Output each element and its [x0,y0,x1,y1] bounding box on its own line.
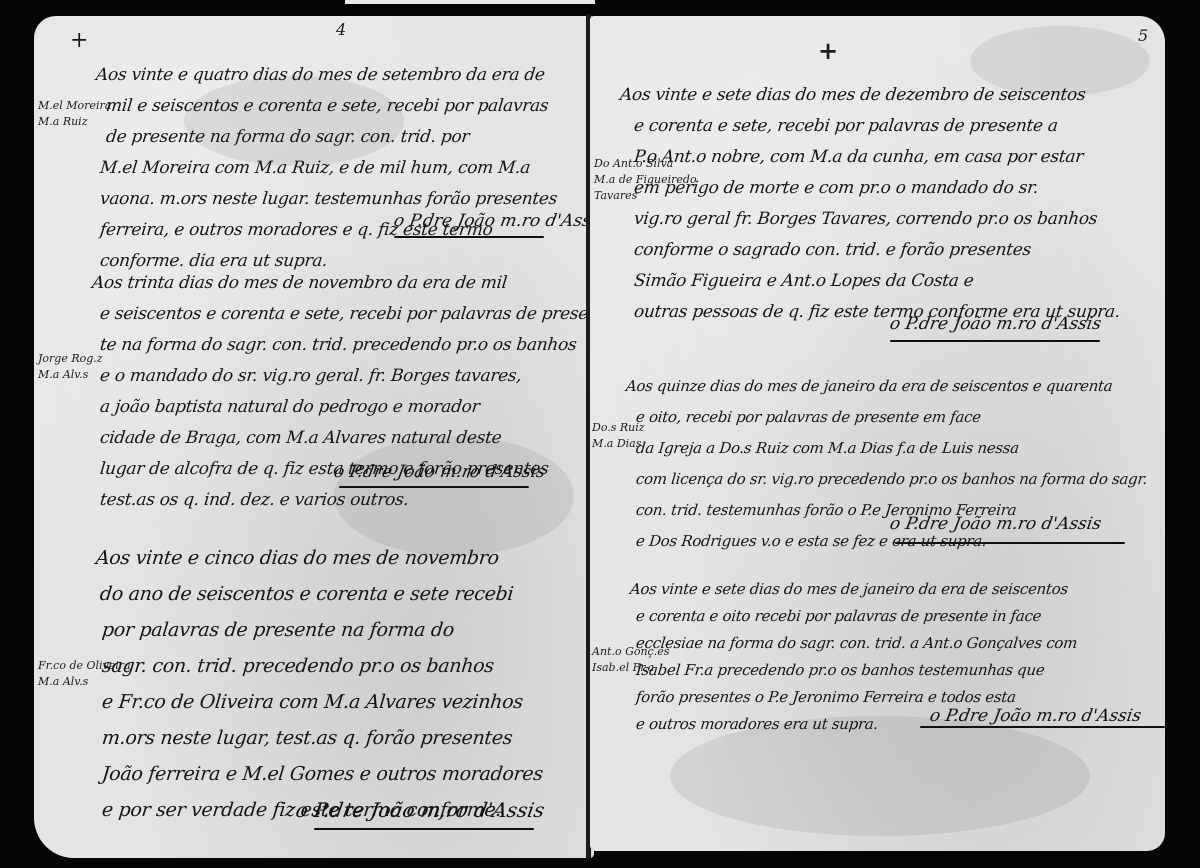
signature-flourish [339,486,529,488]
text-line: m.ors neste lugar, test.as q. forão pres… [94,720,545,756]
register-entry: Aos vinte e sete dias do mes de dezembro… [620,80,1120,328]
folio-mark: + [70,28,88,53]
text-line: do ano de seiscentos e corenta e sete re… [94,576,545,612]
text-line: te na forma do sagr. con. trid. preceden… [90,330,594,361]
signature-flourish [920,726,1165,728]
text-line: e Fr.co de Oliveira com M.a Alvares vezi… [94,684,545,720]
text-line: em perigo de morte e com pr.o o mandado … [618,173,1121,204]
signature-flourish [314,828,534,830]
priest-signature: o P.dre João m.ro d'Assis [392,211,594,231]
top-mark: 4 [336,20,346,39]
text-line: com licença do sr. vig.ro precedendo pr.… [624,464,1148,495]
text-line: conforme o sagrado con. trid. e forão pr… [618,235,1121,266]
right-page: 5 + Do Ant.o Silva M.a de Figueiredo Tav… [590,16,1165,851]
text-line: ecclesiae na forma do sagr. con. trid. a… [629,630,1079,657]
priest-signature: o P.dre João m.ro d'Assis [888,314,1103,334]
priest-signature: o P.dre João m.ro d'Assis [294,798,547,822]
priest-signature: o P.dre João m.ro d'Assis [928,706,1143,726]
text-line: Isabel Fr.a precedendo pr.o os banhos te… [629,657,1079,684]
text-line: Aos vinte e quatro dias do mes de setemb… [94,60,558,91]
text-line: M.el Moreira com M.a Ruiz, e de mil hum,… [94,153,558,184]
register-entry: Aos vinte e cinco dias do mes de novembr… [96,540,543,828]
text-line: cidade de Braga, com M.a Alvares natural… [90,423,594,454]
text-line: Simão Figueira e Ant.o Lopes da Costa e [618,266,1121,297]
priest-signature: o P.dre João m.ro d'Assis [888,514,1103,534]
text-line: mil e seiscentos e corenta e sete, receb… [94,91,558,122]
signature-flourish [394,236,544,238]
text-line: e corenta e sete, recebi por palavras de… [618,111,1121,142]
text-line: Aos quinze dias do mes de janeiro da era… [624,371,1148,402]
top-light-strip [345,0,595,4]
text-line: Aos trinta dias do mes de novembro da er… [90,268,594,299]
register-entry: Aos vinte e quatro dias do mes de setemb… [96,60,557,277]
text-line: e corenta e oito recebi por palavras de … [629,603,1079,630]
text-line: Aos vinte e sete dias do mes de dezembro… [618,80,1121,111]
text-line: P.o Ant.o nobre, com M.a da cunha, em ca… [618,142,1121,173]
text-line: de presente na forma do sagr. con. trid.… [94,122,558,153]
text-line: Aos vinte e sete dias do mes de janeiro … [629,576,1079,603]
text-line: vig.ro geral fr. Borges Tavares, corrend… [618,204,1121,235]
text-line: por palavras de presente na forma do [94,612,545,648]
text-line: test.as os q. ind. dez. e varios outros. [90,485,594,516]
text-line: a joão baptista natural do pedrogo e mor… [90,392,594,423]
signature-flourish [890,340,1100,342]
text-line: e o mandado do sr. vig.ro geral. fr. Bor… [90,361,594,392]
top-mark: + [818,36,838,65]
text-line: e oito, recebi por palavras de presente … [624,402,1148,433]
text-line: Aos vinte e cinco dias do mes de novembr… [94,540,545,576]
text-line: João ferreira e M.el Gomes e outros mora… [94,756,545,792]
text-line: da Igreja a Do.s Ruiz com M.a Dias f.a d… [624,433,1148,464]
priest-signature: o P.dre João m.ro d'Assis [332,462,547,482]
signature-flourish [895,542,1125,544]
folio-mark: 5 [1138,26,1148,45]
text-line: sagr. con. trid. precedendo pr.o os banh… [94,648,545,684]
text-line: e seiscentos e corenta e sete, recebi po… [90,299,594,330]
left-page: + 4 M.el Moreira M.a Ruiz Aos vinte e qu… [34,16,594,858]
